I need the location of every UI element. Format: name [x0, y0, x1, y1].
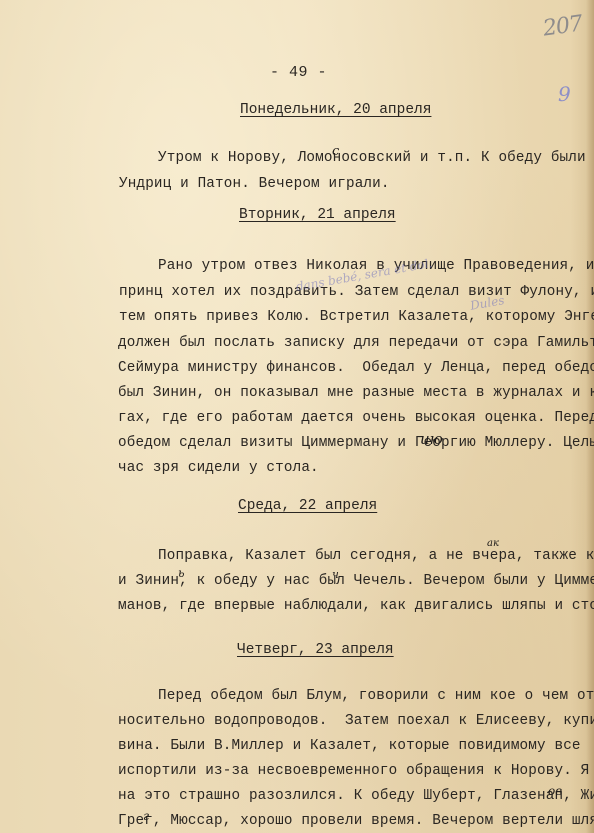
- entry-line: Утром к Норову, Ломоносовский и т.п. К о…: [158, 150, 586, 166]
- handwritten-correction: с: [332, 144, 339, 159]
- entry-line: принц хотел их поздравить. Затем сделал …: [119, 284, 594, 300]
- entry-line: был Зинин, он показывал мне разные места…: [118, 385, 594, 401]
- handwritten-correction: ак: [487, 538, 499, 549]
- entry-heading-thursday: Четверг, 23 апреля: [237, 642, 394, 658]
- entry-heading-tuesday: Вторник, 21 апреля: [239, 207, 396, 223]
- margin-pencil-mark: 9: [558, 82, 571, 106]
- entry-line: Сеймура министру финансов. Обедал у Ленц…: [118, 360, 594, 376]
- entry-line: час зря сидели у стола.: [118, 460, 319, 476]
- handwritten-correction: ч: [332, 568, 339, 581]
- entry-line: тем опять привез Колю. Встретил Казалета…: [119, 309, 594, 325]
- entry-line: Перед обедом был Блум, говорили с ним ко…: [158, 688, 594, 704]
- handwritten-correction: г: [143, 809, 149, 823]
- entry-line: и Зинин, к обеду у нас был Чечель. Вечер…: [118, 573, 594, 589]
- handwritten-correction: ию: [420, 430, 443, 448]
- entry-line: манов, где впервые наблюдали, как двигал…: [118, 598, 594, 614]
- entry-line: обедом сделал визиты Циммерману и Георги…: [118, 435, 594, 451]
- entry-line: Ундриц и Патон. Вечером играли.: [119, 176, 390, 192]
- document-page: 207 9 - 49 - Понедельник, 20 апреля Утро…: [0, 0, 594, 833]
- entry-line: носительно водопроводов. Затем поехал к …: [118, 713, 594, 729]
- handwritten-correction: ь: [178, 566, 185, 580]
- entry-line: испортили из-за несвоевременного обращен…: [118, 763, 589, 779]
- entry-heading-wednesday: Среда, 22 апреля: [238, 498, 377, 514]
- entry-line: гах, где его работам дается очень высока…: [118, 410, 594, 426]
- page-number: - 49 -: [270, 64, 327, 81]
- entry-line: на это страшно разозлился. К обеду Шубер…: [118, 788, 594, 804]
- entry-heading-monday: Понедельник, 20 апреля: [240, 102, 431, 118]
- entry-line: должен был послать записку для передачи …: [118, 335, 594, 351]
- archive-folio-number: 207: [541, 11, 583, 41]
- entry-line: Грег, Мюссар, хорошо провели время. Вече…: [118, 813, 594, 829]
- entry-line: вина. Были В.Миллер и Казалет, которые п…: [118, 738, 581, 754]
- handwritten-correction: ов: [548, 784, 562, 798]
- entry-line: Поправка, Казалет был сегодня, а не вчер…: [158, 548, 594, 564]
